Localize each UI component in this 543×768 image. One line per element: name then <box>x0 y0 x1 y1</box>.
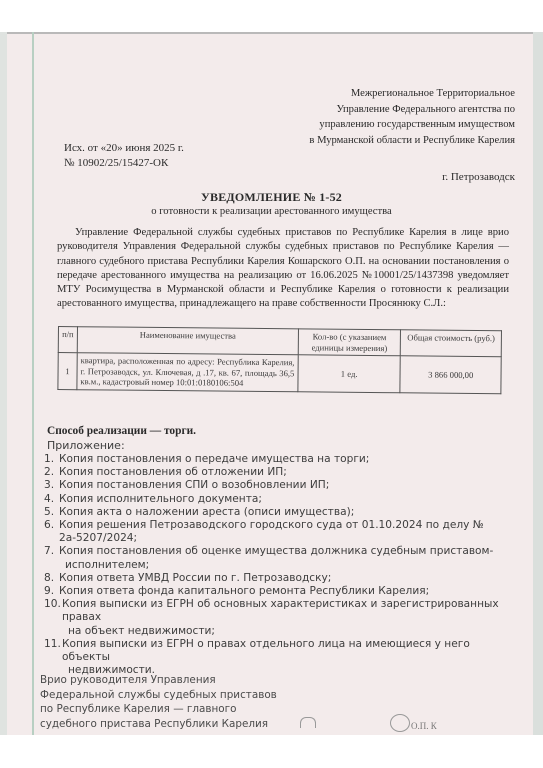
scan-top-edge <box>0 32 543 34</box>
list-item: 4.Копия исполнительного документа; <box>44 493 514 506</box>
cell-cost: 3 866 000,00 <box>400 356 501 393</box>
signature-line: Федеральной службы судебных приставов <box>40 688 277 703</box>
scanned-document-page: Межрегиональное Территориальное Управлен… <box>0 32 543 735</box>
list-item: 8.Копия ответа УМВД России по г. Петроза… <box>44 572 514 585</box>
outgoing-date: Исх. от «20» июня 2025 г. <box>64 141 184 156</box>
signature-block: Врио руководителя Управления Федеральной… <box>40 673 277 731</box>
signature-initials: О.П. К <box>411 721 437 731</box>
list-item: 9.Копия ответа фонда капитального ремонт… <box>44 585 514 598</box>
list-item: 10.Копия выписки из ЕГРН об основных хар… <box>44 598 514 638</box>
outgoing-number: № 10902/25/15427-ОК <box>64 156 184 171</box>
signature-line: Врио руководителя Управления <box>40 673 277 688</box>
recipient-block: Межрегиональное Территориальное Управлен… <box>309 86 515 148</box>
scan-right-edge <box>533 32 543 735</box>
recipient-line: управлению государственным имуществом <box>309 117 515 133</box>
sale-method: Способ реализации — торги. <box>47 425 196 437</box>
body-paragraph: Управление Федеральной службы судебных п… <box>57 226 509 312</box>
signature-line: по Республике Карелия — главного <box>40 702 277 717</box>
cell-num: 1 <box>58 353 77 390</box>
recipient-line: Управление Федерального агентства по <box>309 102 515 118</box>
list-item: 3.Копия постановления СПИ о возобновлени… <box>44 479 514 492</box>
cell-name: квартира, расположенная по адресу: Респу… <box>77 353 298 392</box>
signature-circle-icon <box>390 714 410 732</box>
list-item: 7.Копия постановления об оценке имуществ… <box>44 545 514 571</box>
table-row: 1 квартира, расположенная по адресу: Рес… <box>58 353 501 394</box>
list-item: 11.Копия выписки из ЕГРН о правах отдель… <box>44 638 514 678</box>
city: г. Петрозаводск <box>442 171 515 183</box>
signature-scribble-icon <box>300 717 316 728</box>
list-item: 2.Копия постановления об отложении ИП; <box>44 466 514 479</box>
body-text: Управление Федеральной службы судебных п… <box>57 226 509 312</box>
annex-list: 1.Копия постановления о передаче имущест… <box>44 453 514 677</box>
header-num: п/п <box>58 327 77 353</box>
list-item: 6.Копия решения Петрозаводского городско… <box>44 519 514 545</box>
recipient-line: Межрегиональное Территориальное <box>309 86 515 102</box>
header-qty: Кол-во (с указанием единицы измерения) <box>298 329 401 356</box>
document-subtitle: о готовности к реализации арестованного … <box>0 206 543 217</box>
scan-margin-line <box>32 32 34 735</box>
outgoing-reference: Исх. от «20» июня 2025 г. № 10902/25/154… <box>64 141 184 171</box>
scan-left-edge <box>0 32 7 735</box>
property-table: п/п Наименование имущества Кол-во (с ука… <box>57 326 502 394</box>
annex-label: Приложение: <box>47 439 125 452</box>
signature-line: судебного пристава Республики Карелия <box>40 717 277 732</box>
list-item: 5.Копия акта о наложении ареста (описи и… <box>44 506 514 519</box>
list-item: 1.Копия постановления о передаче имущест… <box>44 453 514 466</box>
header-name: Наименование имущества <box>77 327 298 355</box>
cell-qty: 1 ед. <box>298 355 401 392</box>
recipient-line: в Мурманской области и Республике Карели… <box>309 133 515 149</box>
document-title: УВЕДОМЛЕНИЕ № 1-52 <box>0 190 543 205</box>
header-cost: Общая стоимость (руб.) <box>401 330 502 357</box>
